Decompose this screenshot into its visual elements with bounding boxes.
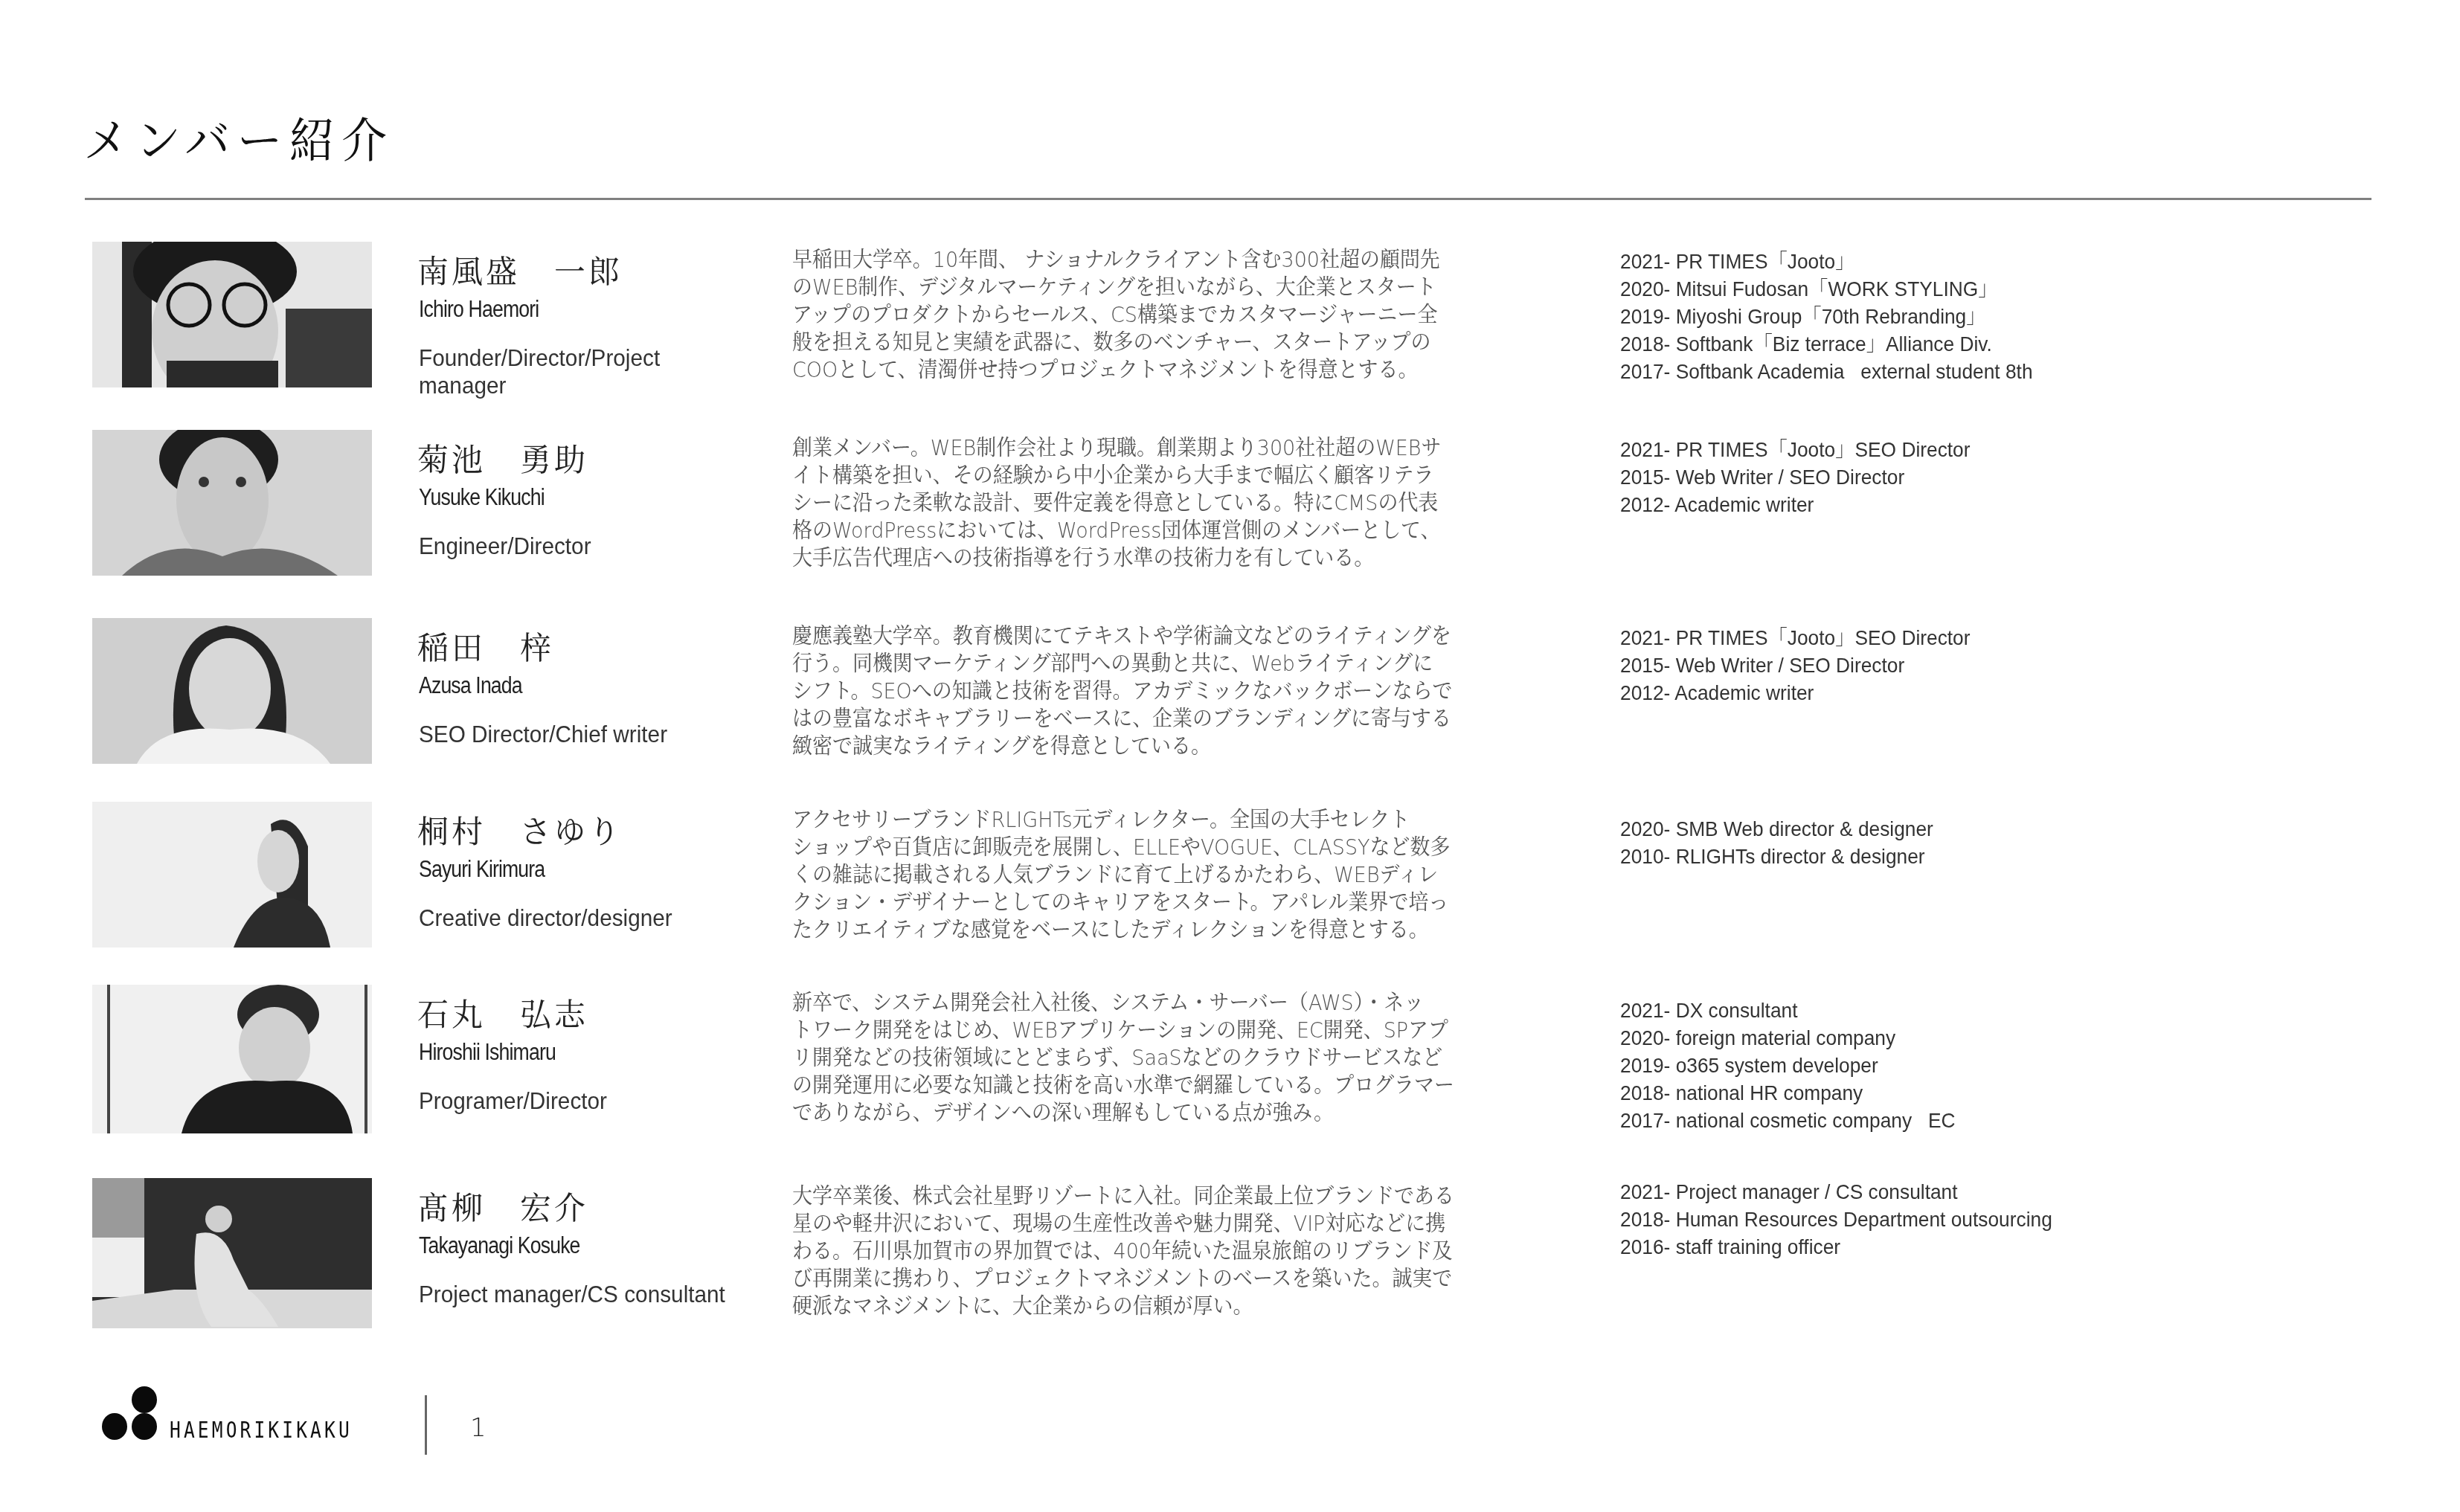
bio-line: 行う。同機関マーケティング部門への異動と共に、Webライティングに [792, 650, 1512, 678]
career-line: 2018- national HR company [1620, 1079, 2389, 1107]
member-name-en: Sayuri Kirimura [419, 856, 545, 883]
bio-line: び再開業に携わり、プロジェクトマネジメントのベースを築いた。誠実で [792, 1265, 1512, 1293]
member-row: 南風盛 一郎 Ichiro Haemori Founder/Director/P… [0, 242, 2460, 420]
career-line: 2021- PR TIMES「Jooto」SEO Director [1620, 436, 2389, 463]
company-brand-name: HAEMORIKIKAKU [170, 1418, 353, 1444]
member-name-jp: 髙柳 宏介 [417, 1184, 588, 1229]
member-photo [92, 618, 372, 764]
career-line: 2017- national cosmetic company EC [1620, 1107, 2389, 1134]
bio-line: 創業メンバー。WEB制作会社より現職。創業期より300社社超のWEBサ [792, 434, 1512, 462]
member-name-en: Takayanagi Kosuke [419, 1232, 580, 1259]
bio-line: アップのプロダクトからセールス、CS構築までカスタマージャーニー全 [792, 301, 1512, 329]
member-name-en: Hiroshii Ishimaru [419, 1039, 556, 1066]
member-name-jp: 桐村 さゆり [417, 808, 623, 852]
member-row: 髙柳 宏介 Takayanagi Kosuke Project manager/… [0, 1178, 2460, 1357]
member-role: SEO Director/Chief writer [419, 721, 744, 748]
member-name-en: Ichiro Haemori [419, 296, 539, 323]
page-number: 1 [470, 1413, 486, 1443]
member-name-jp: 稲田 梓 [417, 624, 554, 669]
portrait-image-icon [92, 802, 372, 948]
member-row: 稲田 梓 Azusa Inada SEO Director/Chief writ… [0, 618, 2460, 797]
member-career: 2021- DX consultant 2020- foreign materi… [1620, 997, 2389, 1134]
career-line: 2012- Academic writer [1620, 679, 2389, 707]
member-career: 2021- PR TIMES「Jooto」SEO Director 2015- … [1620, 436, 2389, 518]
bio-line: トワーク開発をはじめ、WEBアプリケーションの開発、EC開発、SPアプ [792, 1017, 1512, 1044]
bio-line: の開発運用に必要な知識と技術を高い水準で網羅している。プログラマー [792, 1072, 1512, 1099]
member-name-en: Yusuke Kikuchi [419, 484, 545, 511]
bio-line: たクリエイティブな感覚をベースにしたディレクションを得意とする。 [792, 916, 1512, 944]
member-name-jp: 石丸 弘志 [417, 991, 588, 1035]
member-bio: アクセサリーブランドRLIGHTs元ディレクター。全国の大手セレクト ショップや… [792, 806, 1512, 944]
member-role: Engineer/Director [419, 533, 744, 560]
bio-line: リ開発などの技術領域にとどまらず、SaaSなどのクラウドサービスなど [792, 1044, 1512, 1072]
career-line: 2020- SMB Web director & designer [1620, 815, 2389, 843]
member-role: Founder/Director/Project manager [419, 344, 744, 399]
member-role: Creative director/designer [419, 904, 744, 932]
page-title: メンバー紹介 [83, 103, 394, 171]
member-role: Project manager/CS consultant [419, 1281, 744, 1308]
bio-line: イト構築を担い、その経験から中小企業から大手まで幅広く顧客リテラ [792, 462, 1512, 489]
career-line: 2012- Academic writer [1620, 491, 2389, 518]
career-line: 2020- Mitsui Fudosan「WORK STYLING」 [1620, 275, 2389, 303]
career-line: 2020- foreign material company [1620, 1024, 2389, 1052]
career-line: 2021- Project manager / CS consultant [1620, 1178, 2389, 1206]
logo-dot-icon [102, 1413, 127, 1440]
bio-line: 星のや軽井沢において、現場の生産性改善や魅力開発、VIP対応などに携 [792, 1210, 1512, 1238]
portrait-image-icon [92, 430, 372, 576]
bio-line: はの豊富なボキャブラリーをベースに、企業のブランディングに寄与する [792, 705, 1512, 733]
title-divider [85, 198, 2371, 200]
career-line: 2021- PR TIMES「Jooto」SEO Director [1620, 624, 2389, 652]
career-line: 2015- Web Writer / SEO Director [1620, 652, 2389, 679]
portrait-image-icon [92, 985, 372, 1133]
member-name-jp: 南風盛 一郎 [417, 248, 623, 292]
member-photo [92, 985, 372, 1133]
career-line: 2018- Human Resources Department outsour… [1620, 1206, 2389, 1233]
bio-line: 格のWordPressにおいては、WordPress団体運営側のメンバーとして、 [792, 517, 1512, 544]
member-photo [92, 242, 372, 387]
member-row: 桐村 さゆり Sayuri Kirimura Creative director… [0, 802, 2460, 980]
member-row: 石丸 弘志 Hiroshii Ishimaru Programer/Direct… [0, 985, 2460, 1163]
member-career: 2021- Project manager / CS consultant 20… [1620, 1178, 2389, 1261]
member-bio: 創業メンバー。WEB制作会社より現職。創業期より300社社超のWEBサ イト構築… [792, 434, 1512, 572]
portrait-image-icon [92, 1178, 372, 1328]
member-career: 2021- PR TIMES「Jooto」SEO Director 2015- … [1620, 624, 2389, 707]
bio-line: アクセサリーブランドRLIGHTs元ディレクター。全国の大手セレクト [792, 806, 1512, 834]
career-line: 2016- staff training officer [1620, 1233, 2389, 1261]
bio-line: シーに沿った柔軟な設計、要件定義を得意としている。特にCMSの代表 [792, 489, 1512, 517]
bio-line: クション・デザイナーとしてのキャリアをスタート。アパレル業界で培っ [792, 889, 1512, 916]
portrait-image-icon [92, 242, 372, 387]
logo-dot-icon [132, 1386, 157, 1413]
bio-line: COOとして、清濁併せ持つプロジェクトマネジメントを得意とする。 [792, 356, 1512, 384]
member-row: 菊池 勇助 Yusuke Kikuchi Engineer/Director 創… [0, 430, 2460, 608]
bio-line: のWEB制作、デジタルマーケティングを担いながら、大企業とスタート [792, 274, 1512, 301]
member-photo [92, 802, 372, 948]
member-name-jp: 菊池 勇助 [417, 436, 588, 480]
portrait-image-icon [92, 618, 372, 764]
career-line: 2021- PR TIMES「Jooto」 [1620, 248, 2389, 275]
bio-line: わる。石川県加賀市の界加賀では、400年続いた温泉旅館のリブランド及 [792, 1238, 1512, 1265]
bio-line: ショップや百貨店に卸販売を展開し、ELLEやVOGUE、CLASSYなど数多 [792, 834, 1512, 861]
career-line: 2010- RLIGHTs director & designer [1620, 843, 2389, 870]
footer-divider [425, 1395, 427, 1455]
member-career: 2021- PR TIMES「Jooto」 2020- Mitsui Fudos… [1620, 248, 2389, 385]
member-name-en: Azusa Inada [419, 672, 522, 699]
career-line: 2015- Web Writer / SEO Director [1620, 463, 2389, 491]
bio-line: 硬派なマネジメントに、大企業からの信頼が厚い。 [792, 1293, 1512, 1320]
bio-line: 新卒で、システム開発会社入社後、システム・サーバー（AWS）・ネッ [792, 989, 1512, 1017]
career-line: 2017- Softbank Academia external student… [1620, 358, 2389, 385]
member-role: Programer/Director [419, 1087, 744, 1115]
member-bio: 大学卒業後、株式会社星野リゾートに入社。同企業最上位ブランドである 星のや軽井沢… [792, 1183, 1512, 1320]
bio-line: 大手広告代理店への技術指導を行う水準の技術力を有している。 [792, 544, 1512, 572]
member-career: 2020- SMB Web director & designer 2010- … [1620, 815, 2389, 870]
bio-line: くの雑誌に掲載される人気ブランドに育て上げるかたわら、WEBディレ [792, 861, 1512, 889]
logo-dot-icon [132, 1413, 157, 1440]
bio-line: 緻密で誠実なライティングを得意としている。 [792, 733, 1512, 760]
bio-line: 大学卒業後、株式会社星野リゾートに入社。同企業最上位ブランドである [792, 1183, 1512, 1210]
career-line: 2019- Miyoshi Group「70th Rebranding」 [1620, 303, 2389, 330]
bio-line: シフト。SEOへの知識と技術を習得。アカデミックなバックボーンならで [792, 678, 1512, 705]
bio-line: 般を担える知見と実績を武器に、数多のベンチャー、スタートアップの [792, 329, 1512, 356]
member-bio: 早稲田大学卒。10年間、 ナショナルクライアント含む300社超の顧問先 のWEB… [792, 246, 1512, 384]
company-logo-icon [102, 1386, 161, 1440]
member-photo [92, 430, 372, 576]
bio-line: でありながら、デザインへの深い理解もしている点が強み。 [792, 1099, 1512, 1127]
bio-line: 早稲田大学卒。10年間、 ナショナルクライアント含む300社超の顧問先 [792, 246, 1512, 274]
member-bio: 新卒で、システム開発会社入社後、システム・サーバー（AWS）・ネッ トワーク開発… [792, 989, 1512, 1127]
bio-line: 慶應義塾大学卒。教育機関にてテキストや学術論文などのライティングを [792, 623, 1512, 650]
career-line: 2019- o365 system developer [1620, 1052, 2389, 1079]
member-bio: 慶應義塾大学卒。教育機関にてテキストや学術論文などのライティングを 行う。同機関… [792, 623, 1512, 760]
career-line: 2021- DX consultant [1620, 997, 2389, 1024]
member-photo [92, 1178, 372, 1328]
career-line: 2018- Softbank「Biz terrace」Alliance Div. [1620, 330, 2389, 358]
